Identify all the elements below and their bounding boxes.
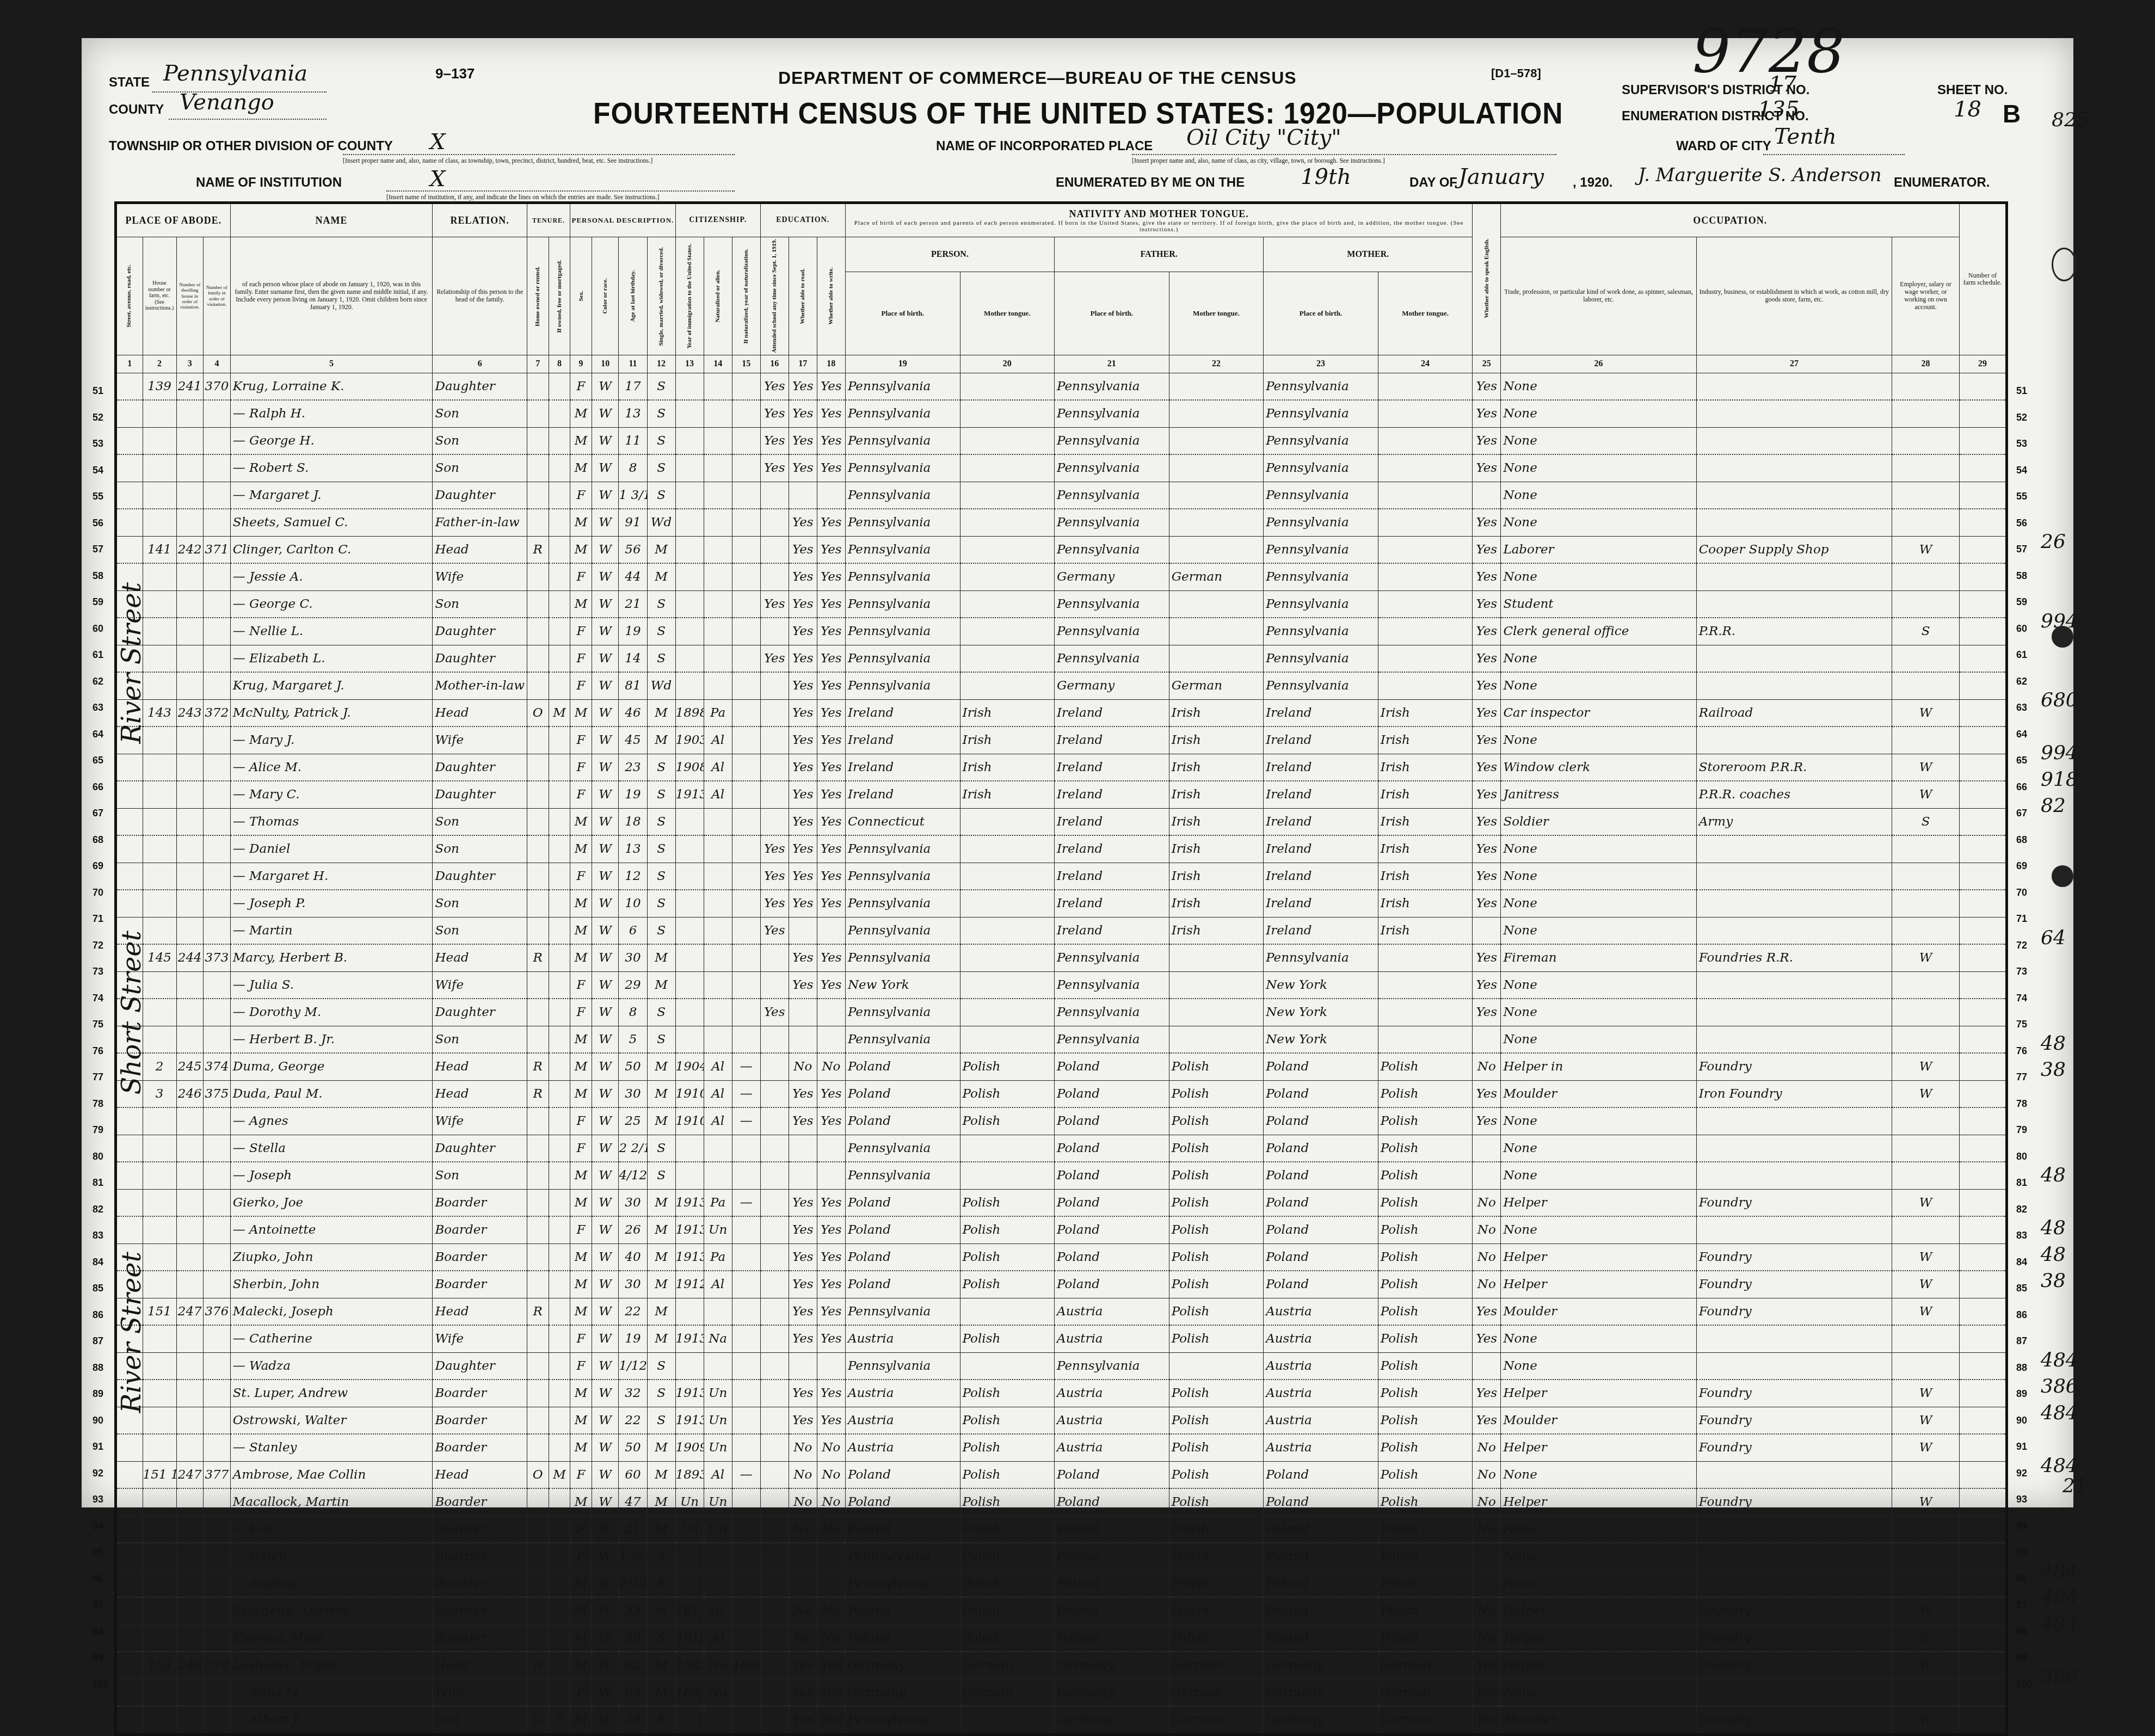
cell-name: — Herbert B. Jr. <box>230 1026 433 1053</box>
cell-english: Yes <box>1473 890 1501 917</box>
cell-name: — Alice M. <box>230 754 433 781</box>
cell-sex: F <box>570 1352 592 1380</box>
cell-pob: Pennsylvania <box>845 373 960 400</box>
cell-f-pob: Ireland <box>1055 835 1169 863</box>
institution-note: [Insert name of institution, if any, and… <box>386 193 659 201</box>
cell-m-tongue: Polish <box>1378 1325 1473 1352</box>
margin-note: 918 <box>2041 768 2078 791</box>
cell-family <box>204 1189 231 1216</box>
cell-occupation: Helper <box>1501 1488 1696 1516</box>
cell-marital: M <box>647 1107 675 1135</box>
line-number: 73 <box>2016 958 2033 985</box>
cell-read: Yes <box>789 1407 817 1434</box>
cell-nat: Al <box>704 1271 732 1298</box>
cell-tongue: Polish <box>960 1380 1054 1407</box>
cell-industry <box>1696 727 1892 754</box>
document-code: [D1–578] <box>1491 66 1541 81</box>
cell-age: 30 <box>619 1189 647 1216</box>
col-18-header: Whether able to write. <box>817 237 845 355</box>
cell-m-tongue <box>1378 482 1473 509</box>
cell-nat <box>704 808 732 835</box>
col-22-header: Mother tongue. <box>1169 272 1263 355</box>
cell-occupation: None <box>1501 1516 1696 1528</box>
cell-tongue <box>960 563 1054 590</box>
cell-dwelling <box>176 1516 204 1528</box>
line-number: 63 <box>93 694 109 721</box>
cell-m-pob: Pennsylvania <box>1264 400 1378 427</box>
cell-name: — Joseph <box>230 1162 433 1189</box>
line-number: 67 <box>93 800 109 827</box>
cell-m-pob: Pennsylvania <box>1264 427 1378 454</box>
cell-house <box>143 400 176 427</box>
cell-read: Yes <box>789 699 817 727</box>
col-25-header: Whether able to speak English. <box>1473 203 1501 355</box>
cell-natyr <box>732 1298 760 1325</box>
cell-write: Yes <box>817 645 845 672</box>
cell-industry: Storeroom P.R.R. <box>1696 754 1892 781</box>
cell-occupation: None <box>1501 1026 1696 1053</box>
cell-age: 19 <box>619 781 647 808</box>
cell-nat <box>704 454 732 482</box>
cell-english: Yes <box>1473 509 1501 536</box>
cell-school <box>760 1516 789 1528</box>
line-numbers-left: 5152535455565758596061626364656667686970… <box>93 378 109 1528</box>
cell-occupation: Janitress <box>1501 781 1696 808</box>
cell-f-pob: Pennsylvania <box>1055 1026 1169 1053</box>
cell-house <box>143 1516 176 1528</box>
cell-m-tongue: Irish <box>1378 754 1473 781</box>
cell-nat: Al <box>704 781 732 808</box>
cell-age: 1/12 <box>619 1352 647 1380</box>
cell-immig <box>675 835 704 863</box>
cell-name: St. Luper, Andrew <box>230 1380 433 1407</box>
cell-m-tongue <box>1378 373 1473 400</box>
cell-relation: Boarder <box>433 1516 527 1528</box>
cell-nat <box>704 400 732 427</box>
line-number: 77 <box>93 1064 109 1091</box>
cell-read: Yes <box>789 373 817 400</box>
cell-write: Yes <box>817 427 845 454</box>
cell-english: Yes <box>1473 1407 1501 1434</box>
cell-street <box>116 536 143 563</box>
cell-english: Yes <box>1473 672 1501 699</box>
cell-industry: Cooper Supply Shop <box>1696 536 1892 563</box>
street-river-2: River Street <box>116 1252 147 1413</box>
cell-immig: 1909 <box>675 1434 704 1461</box>
cell-marital: S <box>647 999 675 1026</box>
cell-occupation: None <box>1501 971 1696 999</box>
cell-english: Yes <box>1473 835 1501 863</box>
cell-immig <box>675 917 704 944</box>
cell-house <box>143 1026 176 1053</box>
margin-note: 484 <box>2041 1349 2078 1371</box>
cell-age: 19 <box>619 1325 647 1352</box>
cell-pob: Poland <box>845 1107 960 1135</box>
cell-tenure <box>527 754 549 781</box>
cell-family <box>204 1216 231 1243</box>
table-row: — George C.SonMW21SYesYesYesPennsylvania… <box>116 590 2007 618</box>
cell-relation: Boarder <box>433 1380 527 1407</box>
cell-industry: P.R.R. coaches <box>1696 781 1892 808</box>
cell-employ: W <box>1892 699 1960 727</box>
cell-relation: Daughter <box>433 1352 527 1380</box>
cell-employ <box>1892 672 1960 699</box>
cell-farm <box>1960 482 2007 509</box>
cell-school <box>760 754 789 781</box>
cell-english: Yes <box>1473 1298 1501 1325</box>
cell-nat <box>704 835 732 863</box>
column-number: 3 <box>176 355 204 373</box>
cell-occupation: None <box>1501 835 1696 863</box>
cell-tongue <box>960 863 1054 890</box>
cell-dwelling: 243 <box>176 699 204 727</box>
cell-relation: Head <box>433 944 527 971</box>
line-number: 83 <box>2016 1222 2033 1249</box>
cell-name: Sherbin, John <box>230 1271 433 1298</box>
table-row: — Nellie L.DaughterFW19SYesYesPennsylvan… <box>116 618 2007 645</box>
table-row: — George H.SonMW11SYesYesYesPennsylvania… <box>116 427 2007 454</box>
cell-m-tongue: Polish <box>1378 1162 1473 1189</box>
cell-m-pob: Poland <box>1264 1216 1378 1243</box>
cell-natyr <box>732 454 760 482</box>
cell-industry: Foundry <box>1696 1271 1892 1298</box>
table-row: — EvaBoarderFW21MUnUnNoNoPolandPolishPol… <box>116 1516 2007 1528</box>
sheet-side: B <box>2003 99 2021 128</box>
cell-marital: M <box>647 1080 675 1107</box>
cell-sex: F <box>570 971 592 999</box>
group-personal: PERSONAL DESCRIPTION. <box>570 203 675 237</box>
table-row: — StanleyBoarderMW50M1909UnNoNoAustriaPo… <box>116 1434 2007 1461</box>
cell-write <box>817 1162 845 1189</box>
cell-f-pob: Pennsylvania <box>1055 482 1169 509</box>
cell-f-tongue: Polish <box>1169 1271 1263 1298</box>
cell-m-pob: Austria <box>1264 1352 1378 1380</box>
cell-f-pob: Pennsylvania <box>1055 373 1169 400</box>
cell-natyr <box>732 563 760 590</box>
col-4-header: Number of family in order of visitation. <box>204 237 231 355</box>
cell-farm <box>1960 400 2007 427</box>
cell-immig <box>675 590 704 618</box>
cell-family <box>204 590 231 618</box>
cell-pob: Poland <box>845 1053 960 1080</box>
cell-pob: Ireland <box>845 754 960 781</box>
cell-sex: M <box>570 808 592 835</box>
line-number: 60 <box>93 615 109 642</box>
cell-pob: Pennsylvania <box>845 427 960 454</box>
cell-employ <box>1892 971 1960 999</box>
cell-age: 25 <box>619 1107 647 1135</box>
cell-occupation: None <box>1501 917 1696 944</box>
cell-employ <box>1892 482 1960 509</box>
cell-read: Yes <box>789 618 817 645</box>
cell-mort <box>549 971 570 999</box>
cell-dwelling: 245 <box>176 1053 204 1080</box>
cell-immig: 1913 <box>675 1189 704 1216</box>
cell-write: Yes <box>817 1080 845 1107</box>
line-number: 69 <box>2016 853 2033 879</box>
cell-nat: Un <box>704 1407 732 1434</box>
line-number: 65 <box>2016 747 2033 774</box>
table-row: — MartinSonMW6SYesPennsylvaniaIrelandIri… <box>116 917 2007 944</box>
line-number: 74 <box>2016 985 2033 1012</box>
cell-tongue: Polish <box>960 1243 1054 1271</box>
cell-name: — Agnes <box>230 1107 433 1135</box>
cell-relation: Daughter <box>433 482 527 509</box>
cell-name: — Daniel <box>230 835 433 863</box>
cell-tenure <box>527 563 549 590</box>
cell-f-pob: Ireland <box>1055 808 1169 835</box>
cell-farm <box>1960 1516 2007 1528</box>
cell-farm <box>1960 1461 2007 1488</box>
cell-write <box>817 1352 845 1380</box>
cell-race: W <box>592 482 619 509</box>
cell-name: Marcy, Herbert B. <box>230 944 433 971</box>
cell-occupation: Soldier <box>1501 808 1696 835</box>
enumerated-label: ENUMERATED BY ME ON THE <box>1056 175 1245 190</box>
cell-pob: Poland <box>845 1189 960 1216</box>
cell-house <box>143 835 176 863</box>
table-row: Macallock, MartinBoarderMW47MUnUnNoNoPol… <box>116 1488 2007 1516</box>
cell-school <box>760 1434 789 1461</box>
cell-tenure <box>527 1325 549 1352</box>
ward-value: Tenth <box>1774 124 1837 149</box>
column-number: 4 <box>204 355 231 373</box>
cell-occupation: None <box>1501 890 1696 917</box>
cell-immig <box>675 1352 704 1380</box>
cell-mort <box>549 1516 570 1528</box>
column-number: 22 <box>1169 355 1263 373</box>
cell-race: W <box>592 835 619 863</box>
table-row: Ziupko, JohnBoarderMW40M1913PaYesYesPola… <box>116 1243 2007 1271</box>
column-number: 25 <box>1473 355 1501 373</box>
cell-farm <box>1960 1271 2007 1298</box>
line-number: 59 <box>2016 589 2033 615</box>
cell-school: Yes <box>760 454 789 482</box>
cell-sex: F <box>570 754 592 781</box>
cell-f-tongue: Irish <box>1169 727 1263 754</box>
cell-natyr <box>732 808 760 835</box>
table-row: 151247376Malecki, JosephHeadRMW22MYesYes… <box>116 1298 2007 1325</box>
cell-tenure: O <box>527 699 549 727</box>
cell-m-tongue <box>1378 618 1473 645</box>
cell-relation: Wife <box>433 1107 527 1135</box>
cell-dwelling <box>176 563 204 590</box>
cell-dwelling <box>176 727 204 754</box>
col-10-header: Color or race. <box>592 237 619 355</box>
line-number: 82 <box>93 1196 109 1223</box>
cell-race: W <box>592 863 619 890</box>
cell-write: Yes <box>817 971 845 999</box>
cell-tongue <box>960 835 1054 863</box>
cell-read: Yes <box>789 1216 817 1243</box>
cell-read: Yes <box>789 1325 817 1352</box>
cell-dwelling <box>176 1407 204 1434</box>
cell-farm <box>1960 835 2007 863</box>
cell-name: — George H. <box>230 427 433 454</box>
table-row: 143243372McNulty, Patrick J.HeadOMMW46M1… <box>116 699 2007 727</box>
cell-f-pob: Germany <box>1055 563 1169 590</box>
cell-marital: S <box>647 863 675 890</box>
cell-f-tongue: Polish <box>1169 1516 1263 1528</box>
cell-tongue <box>960 373 1054 400</box>
cell-race: W <box>592 999 619 1026</box>
cell-m-pob: Pennsylvania <box>1264 672 1378 699</box>
cell-race: W <box>592 536 619 563</box>
cell-f-tongue: German <box>1169 672 1263 699</box>
cell-dwelling <box>176 482 204 509</box>
margin-note: 48 <box>2041 1164 2066 1186</box>
cell-mort <box>549 808 570 835</box>
cell-name: — Margaret J. <box>230 482 433 509</box>
cell-nat <box>704 590 732 618</box>
cell-nat <box>704 509 732 536</box>
cell-sex: M <box>570 1026 592 1053</box>
table-row: — WadzaDaughterFW1/12SPennsylvaniaPennsy… <box>116 1352 2007 1380</box>
cell-tenure <box>527 1135 549 1162</box>
cell-pob: Pennsylvania <box>845 890 960 917</box>
cell-english: Yes <box>1473 999 1501 1026</box>
cell-dwelling: 247 <box>176 1461 204 1488</box>
cell-race: W <box>592 1189 619 1216</box>
cell-tenure <box>527 1162 549 1189</box>
cell-natyr <box>732 1488 760 1516</box>
cell-farm <box>1960 890 2007 917</box>
cell-m-pob: Ireland <box>1264 781 1378 808</box>
cell-house <box>143 1488 176 1516</box>
cell-relation: Head <box>433 699 527 727</box>
cell-mort <box>549 1380 570 1407</box>
cell-school <box>760 971 789 999</box>
cell-sex: M <box>570 1434 592 1461</box>
cell-pob: Poland <box>845 1271 960 1298</box>
cell-tenure <box>527 1488 549 1516</box>
cell-school: Yes <box>760 917 789 944</box>
cell-pob: Pennsylvania <box>845 1298 960 1325</box>
cell-english <box>1473 1135 1501 1162</box>
cell-tenure: R <box>527 1080 549 1107</box>
line-number: 64 <box>93 721 109 748</box>
cell-f-tongue <box>1169 427 1263 454</box>
cell-family <box>204 808 231 835</box>
cell-pob: Pennsylvania <box>845 454 960 482</box>
cell-mort <box>549 1162 570 1189</box>
cell-sex: M <box>570 536 592 563</box>
cell-english <box>1473 1026 1501 1053</box>
cell-english: No <box>1473 1488 1501 1516</box>
cell-occupation: None <box>1501 427 1696 454</box>
cell-nat <box>704 536 732 563</box>
margin-note: 26 <box>2041 531 2066 553</box>
cell-industry <box>1696 400 1892 427</box>
cell-english: Yes <box>1473 944 1501 971</box>
cell-write: Yes <box>817 1271 845 1298</box>
cell-employ <box>1892 1026 1960 1053</box>
cell-marital: M <box>647 1461 675 1488</box>
cell-school <box>760 1407 789 1434</box>
cell-tongue: Polish <box>960 1516 1054 1528</box>
cell-sex: M <box>570 835 592 863</box>
column-number: 15 <box>732 355 760 373</box>
table-row: — Ralph H.SonMW13SYesYesYesPennsylvaniaP… <box>116 400 2007 427</box>
cell-immig <box>675 1135 704 1162</box>
cell-nat <box>704 618 732 645</box>
cell-house: 151 1/2 <box>143 1461 176 1488</box>
line-number: 85 <box>2016 1275 2033 1302</box>
cell-age: 40 <box>619 1243 647 1271</box>
cell-tongue: Polish <box>960 1325 1054 1352</box>
cell-family <box>204 835 231 863</box>
group-abode: PLACE OF ABODE. <box>116 203 231 237</box>
cell-f-tongue <box>1169 373 1263 400</box>
cell-race: W <box>592 754 619 781</box>
cell-occupation: Car inspector <box>1501 699 1696 727</box>
cell-f-pob: Poland <box>1055 1216 1169 1243</box>
cell-write <box>817 482 845 509</box>
line-number: 58 <box>2016 563 2033 589</box>
cell-tenure <box>527 1216 549 1243</box>
cell-f-tongue: Irish <box>1169 917 1263 944</box>
cell-tongue: Polish <box>960 1080 1054 1107</box>
cell-occupation: Fireman <box>1501 944 1696 971</box>
table-row: — Herbert B. Jr.SonMW5SPennsylvaniaPenns… <box>116 1026 2007 1053</box>
cell-name: — Eva <box>230 1516 433 1528</box>
cell-school <box>760 618 789 645</box>
cell-employ <box>1892 427 1960 454</box>
cell-m-pob: Pennsylvania <box>1264 373 1378 400</box>
cell-industry <box>1696 917 1892 944</box>
cell-relation: Boarder <box>433 1407 527 1434</box>
cell-race: W <box>592 509 619 536</box>
cell-tenure <box>527 373 549 400</box>
cell-age: 30 <box>619 1080 647 1107</box>
col-9-header: Sex. <box>570 237 592 355</box>
cell-sex: F <box>570 563 592 590</box>
cell-race: W <box>592 1107 619 1135</box>
cell-marital: M <box>647 1298 675 1325</box>
cell-pob: Austria <box>845 1380 960 1407</box>
cell-house <box>143 863 176 890</box>
cell-house <box>143 482 176 509</box>
cell-natyr <box>732 890 760 917</box>
cell-immig: Un <box>675 1516 704 1528</box>
cell-family <box>204 1407 231 1434</box>
cell-natyr <box>732 1271 760 1298</box>
cell-mort <box>549 509 570 536</box>
cell-m-tongue: Polish <box>1378 1271 1473 1298</box>
cell-street <box>116 482 143 509</box>
cell-marital: S <box>647 1026 675 1053</box>
cell-family <box>204 1162 231 1189</box>
cell-age: 1 3/12 <box>619 482 647 509</box>
cell-tongue: Irish <box>960 699 1054 727</box>
cell-m-pob: Poland <box>1264 1053 1378 1080</box>
cell-m-pob: Ireland <box>1264 890 1378 917</box>
column-number: 28 <box>1892 355 1960 373</box>
cell-house <box>143 1135 176 1162</box>
cell-read: Yes <box>789 509 817 536</box>
column-number: 21 <box>1055 355 1169 373</box>
cell-race: W <box>592 400 619 427</box>
cell-marital: M <box>647 971 675 999</box>
cell-occupation: Helper in <box>1501 1053 1696 1080</box>
col-1-header: Street, avenue, road, etc. <box>116 237 143 355</box>
cell-m-pob: Austria <box>1264 1380 1378 1407</box>
cell-school <box>760 1053 789 1080</box>
cell-farm <box>1960 1189 2007 1216</box>
line-number: 92 <box>93 1460 109 1487</box>
cell-mort <box>549 1325 570 1352</box>
cell-school <box>760 563 789 590</box>
